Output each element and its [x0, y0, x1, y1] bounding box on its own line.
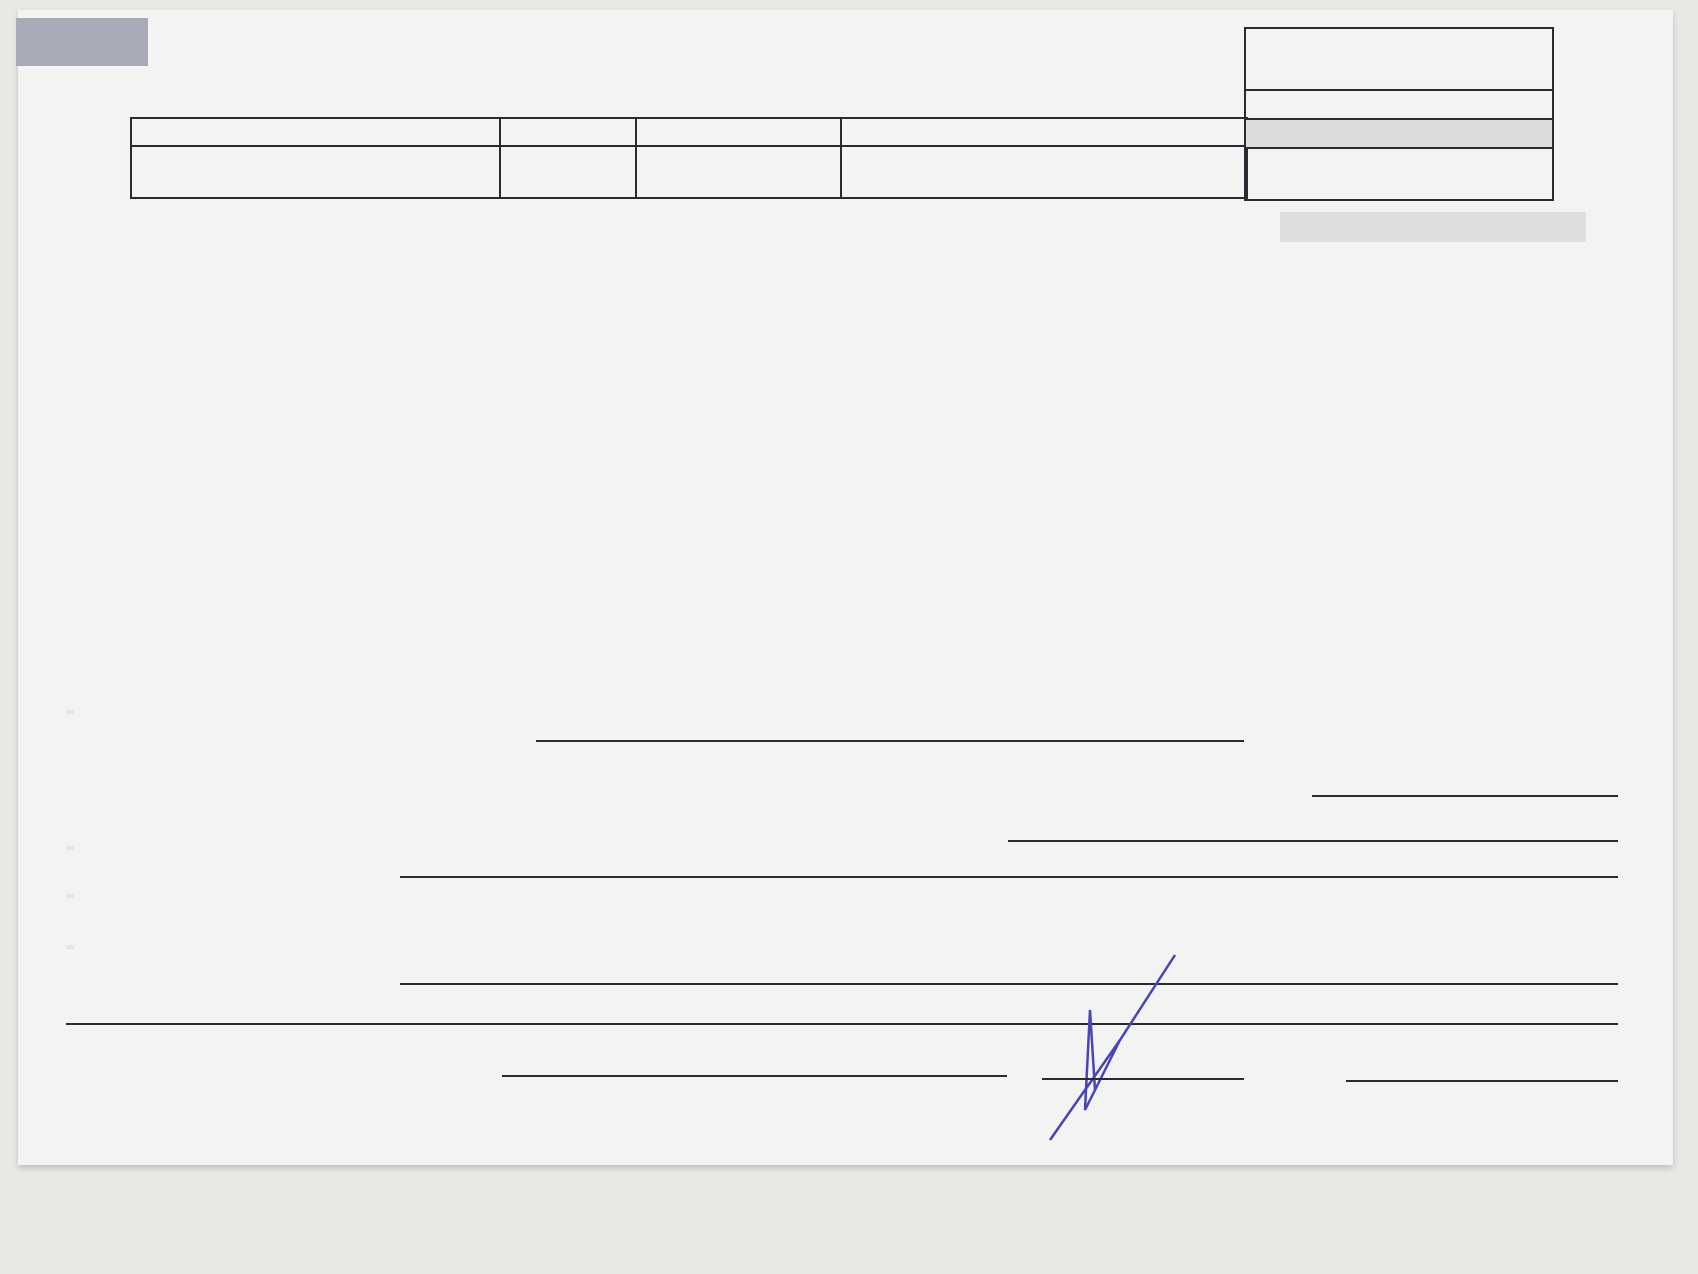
car-number-label [1246, 89, 1552, 118]
mkpp-remarks-label [66, 846, 74, 850]
removed-line[interactable] [536, 740, 1244, 742]
col-engine-number [841, 118, 1247, 146]
odometer-value[interactable] [1246, 147, 1552, 199]
dvs-remarks-label [66, 945, 74, 949]
car-number-value[interactable] [1246, 29, 1552, 89]
engine-number-value[interactable] [841, 146, 1247, 198]
completeness-title [1280, 212, 1586, 242]
mkpp-remarks-line[interactable] [400, 876, 1618, 878]
col-volume [636, 118, 841, 146]
mkpp-note-line[interactable] [1312, 795, 1618, 797]
dvs-remarks-line[interactable] [400, 983, 1618, 985]
car-info-block [1244, 27, 1554, 201]
dvs-remarks-line-2[interactable] [66, 1023, 1618, 1025]
col-make-model [131, 118, 500, 146]
vehicle-info-table [130, 117, 1248, 199]
volume-value[interactable] [636, 146, 841, 198]
signature-line [1042, 1078, 1244, 1080]
signature[interactable] [1010, 950, 1190, 1145]
odometer-label [1246, 118, 1552, 147]
akpp-remarks-label [66, 894, 74, 898]
logo [16, 18, 148, 66]
akpp-note-line[interactable] [1008, 840, 1618, 842]
col-year [500, 118, 636, 146]
date-line [1346, 1080, 1618, 1082]
removed-label [66, 710, 74, 714]
year-value[interactable] [500, 146, 636, 198]
make-model-value[interactable] [131, 146, 500, 198]
name-line [502, 1075, 1007, 1077]
